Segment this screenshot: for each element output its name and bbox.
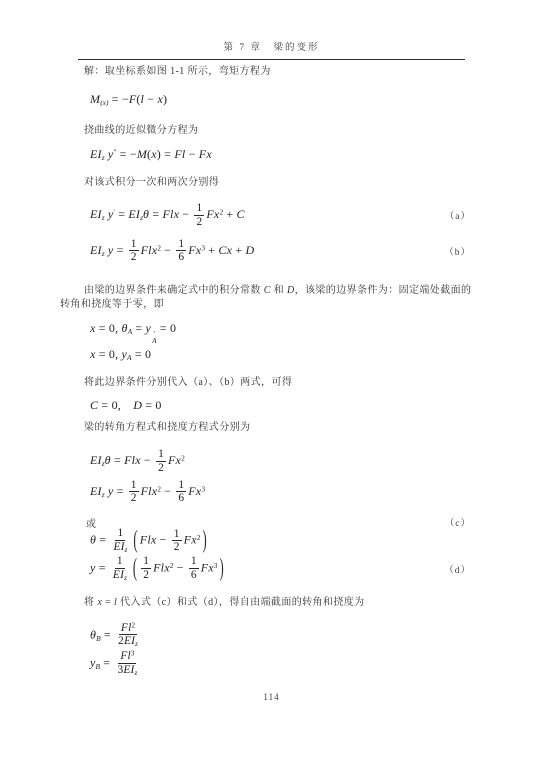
formula-free-end-deflection: yB = Fl33EIz [90,650,473,678]
formula-integration-constants: C = 0, D = 0 [90,398,473,413]
paragraph-free-end: 将 x = l 代入式（c）和式（d），得自由端截面的转角和挠度为 [60,596,473,610]
formula-bending-moment: M(x) = −F(l − x) [90,92,473,108]
formula-deflection-explicit: y = 1EIz(12Flx2 − 16Fx3) [90,555,226,583]
formula-second-integration: EIz y = 12Flx2 − 16Fx3 + Cx + D [90,238,254,265]
equation-label-c: （c） [445,515,471,529]
equation-row-b: EIz y = 12Flx2 − 16Fx3 + Cx + D （b） [90,238,473,265]
equation-label-d: （d） [444,562,471,576]
paragraph-solution-intro: 解：取坐标系如图 1-1 所示，弯矩方程为 [60,65,473,79]
equation-row-d: y = 1EIz(12Flx2 − 16Fx3) （d） [90,555,473,583]
page-footer: 114 [0,687,543,705]
document-page: 第 7 章 梁的变形 解：取坐标系如图 1-1 所示，弯矩方程为 M(x) = … [0,0,543,768]
paragraph-slope-deflection-eq: 梁的转角方程式和挠度方程式分别为 [60,421,473,435]
paragraph-integration: 对该式积分一次和两次分别得 [60,176,473,190]
formula-deflection-equation: EIz y = 12Flx2 − 16Fx3 [90,479,473,506]
equation-label-a: （a） [445,208,471,222]
chapter-header-title: 第 7 章 梁的变形 [223,43,319,53]
equation-row-a: EIz y′ = EIzθ = Flx − 12Fx2 + C （a） [90,202,473,229]
paragraph-boundary-conditions: 由梁的边界条件来确定式中的积分常数 C 和 D，该梁的边界条件为：固定端处截面的… [60,284,473,312]
header-rule [78,59,465,60]
page-number: 114 [263,692,279,702]
page-content: 解：取坐标系如图 1-1 所示，弯矩方程为 M(x) = −F(l − x) 挠… [60,65,473,678]
formula-slope-explicit: θ = 1EIz(Flx − 12Fx2) [90,527,473,555]
page-header: 第 7 章 梁的变形 [0,0,543,55]
formula-boundary-condition-2: x = 0, yA = 0 [90,347,473,363]
paragraph-substitute-bc: 将此边界条件分别代入（a）、（b）两式，可得 [60,376,473,390]
formula-free-end-slope: θB = Fl22EIz [90,622,473,650]
formula-differential-equation: EIz y″ = −M(x) = Fl − Fx [90,147,473,163]
equation-label-b: （b） [444,244,471,258]
formula-slope-equation: EIzθ = Flx − 12Fx2 [90,448,473,475]
formula-first-integration: EIz y′ = EIzθ = Flx − 12Fx2 + C [90,202,245,229]
paragraph-deflection-curve: 挠曲线的近似微分方程为 [60,124,473,138]
formula-boundary-condition-1: x = 0, θA = y′A = 0 [90,321,473,345]
